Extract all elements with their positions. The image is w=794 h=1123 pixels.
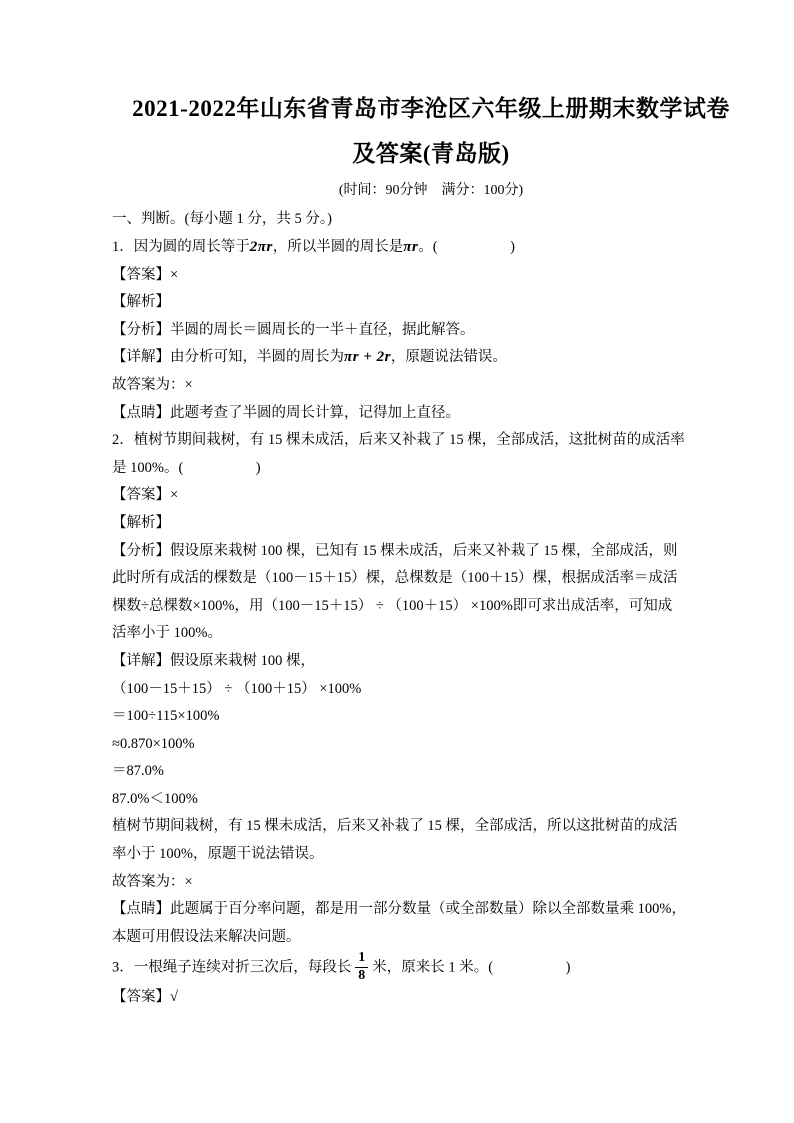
text-run: 活率小于 100%。 xyxy=(112,625,222,641)
doc-line: 率小于 100%，原题干说法错误。 xyxy=(112,841,750,869)
doc-line: 故答案为：× xyxy=(112,869,750,897)
doc-line: 棵数÷总棵数×100%，用（100－15＋15） ÷ （100＋15） ×100… xyxy=(112,593,750,621)
doc-line: 【分析】假设原来栽树 100 棵，已知有 15 棵未成活，后来又补栽了 15 棵… xyxy=(112,538,750,566)
text-run: 【详解】由分析可知，半圆的周长为 xyxy=(112,349,344,365)
text-run: 故答案为：× xyxy=(112,377,193,393)
doc-line: ≈0.870×100% xyxy=(112,731,750,759)
doc-line: 活率小于 100%。 xyxy=(112,620,750,648)
doc-line: 2．植树节期间栽树，有 15 棵未成活，后来又补栽了 15 棵，全部成活，这批树… xyxy=(112,427,750,455)
text-run: 是 100%。( ) xyxy=(112,460,261,476)
doc-line: 【答案】√ xyxy=(112,984,750,1012)
doc-line: 87.0%＜100% xyxy=(112,786,750,814)
math-expression: πr + 2r xyxy=(344,349,391,365)
text-run: 1．因为圆的周长等于 xyxy=(112,239,250,255)
fraction-numerator: 1 xyxy=(355,951,368,968)
section-heading-judgment: 一、判断。(每小题 1 分，共 5 分。) xyxy=(112,204,750,234)
doc-line: 3．一根绳子连续对折三次后，每段长18米，原来长 1 米。( ) xyxy=(112,951,750,983)
text-run: ，所以半圆的周长是 xyxy=(273,239,404,255)
text-run: 2．植树节期间栽树，有 15 棵未成活，后来又补栽了 15 棵，全部成活，这批树… xyxy=(112,432,685,448)
text-run: 【答案】× xyxy=(112,267,178,283)
doc-line: 【详解】假设原来栽树 100 棵， xyxy=(112,648,750,676)
document-title-line1: 2021-2022年山东省青岛市李沧区六年级上册期末数学试卷 xyxy=(112,86,750,131)
text-run: 植树节期间栽树，有 15 棵未成活，后来又补栽了 15 棵，全部成活，所以这批树… xyxy=(112,818,678,834)
text-run: 本题可用假设法来解决问题。 xyxy=(112,929,301,945)
text-run: ＝87.0% xyxy=(112,763,164,779)
text-run: 【解析】 xyxy=(112,294,170,310)
text-run: 3．一根绳子连续对折三次后，每段长 xyxy=(112,960,351,976)
text-run: 【详解】假设原来栽树 100 棵， xyxy=(112,653,315,669)
doc-line: 【点睛】此题考查了半圆的周长计算，记得加上直径。 xyxy=(112,400,750,428)
text-run: 【解析】 xyxy=(112,515,170,531)
doc-line: 【答案】× xyxy=(112,482,750,510)
doc-line: ＝100÷115×100% xyxy=(112,703,750,731)
text-run: 棵数÷总棵数×100%，用（100－15＋15） ÷ （100＋15） ×100… xyxy=(112,598,672,614)
text-run: 。( ) xyxy=(418,239,515,255)
doc-line: 【详解】由分析可知，半圆的周长为πr + 2r，原题说法错误。 xyxy=(112,344,750,372)
doc-line: 【解析】 xyxy=(112,510,750,538)
text-run: 【分析】假设原来栽树 100 棵，已知有 15 棵未成活，后来又补栽了 15 棵… xyxy=(112,543,678,559)
text-run: ＝100÷115×100% xyxy=(112,708,219,724)
text-run: 【答案】× xyxy=(112,487,178,503)
text-run: ，原题说法错误。 xyxy=(391,349,507,365)
text-run: 此时所有成活的棵数是（100－15＋15）棵，总棵数是（100＋15）棵，根据成… xyxy=(112,570,678,586)
text-run: 【点睛】此题属于百分率问题，都是用一部分数量（或全部数量）除以全部数量乘 100… xyxy=(112,901,686,917)
doc-line: ＝87.0% xyxy=(112,758,750,786)
doc-line: 故答案为：× xyxy=(112,372,750,400)
doc-line: 是 100%。( ) xyxy=(112,455,750,483)
document-title-line2: 及答案(青岛版) xyxy=(112,131,750,176)
doc-line: 【答案】× xyxy=(112,262,750,290)
text-run: 【答案】√ xyxy=(112,989,178,1005)
text-run: 87.0%＜100% xyxy=(112,791,198,807)
doc-line: （100－15＋15） ÷ （100＋15） ×100% xyxy=(112,676,750,704)
text-run: ≈0.870×100% xyxy=(112,736,195,752)
text-run: 故答案为：× xyxy=(112,874,193,890)
exam-time-score-info: (时间：90分钟 满分：100分) xyxy=(112,178,750,204)
text-run: （100－15＋15） ÷ （100＋15） ×100% xyxy=(112,681,361,697)
fraction-one-eighth: 18 xyxy=(355,951,368,983)
doc-line: 本题可用假设法来解决问题。 xyxy=(112,924,750,952)
math-expression: 2πr xyxy=(250,239,273,255)
text-run: 率小于 100%，原题干说法错误。 xyxy=(112,846,323,862)
doc-line: 【点睛】此题属于百分率问题，都是用一部分数量（或全部数量）除以全部数量乘 100… xyxy=(112,896,750,924)
doc-body: 1．因为圆的周长等于2πr，所以半圆的周长是πr。( )【答案】×【解析】【分析… xyxy=(112,234,750,1011)
doc-line: 【解析】 xyxy=(112,289,750,317)
text-run: 【点睛】此题考查了半圆的周长计算，记得加上直径。 xyxy=(112,405,460,421)
doc-line: 【分析】半圆的周长＝圆周长的一半＋直径，据此解答。 xyxy=(112,317,750,345)
text-run: 米，原来长 1 米。( ) xyxy=(372,960,570,976)
text-run: 【分析】半圆的周长＝圆周长的一半＋直径，据此解答。 xyxy=(112,322,475,338)
doc-line: 植树节期间栽树，有 15 棵未成活，后来又补栽了 15 棵，全部成活，所以这批树… xyxy=(112,813,750,841)
doc-line: 1．因为圆的周长等于2πr，所以半圆的周长是πr。( ) xyxy=(112,234,750,262)
document-content: 2021-2022年山东省青岛市李沧区六年级上册期末数学试卷 及答案(青岛版) … xyxy=(0,0,794,1011)
exam-document-page: 2021-2022年山东省青岛市李沧区六年级上册期末数学试卷 及答案(青岛版) … xyxy=(0,0,794,1123)
doc-line: 此时所有成活的棵数是（100－15＋15）棵，总棵数是（100＋15）棵，根据成… xyxy=(112,565,750,593)
math-expression: πr xyxy=(403,239,418,255)
fraction-denominator: 8 xyxy=(355,968,368,984)
